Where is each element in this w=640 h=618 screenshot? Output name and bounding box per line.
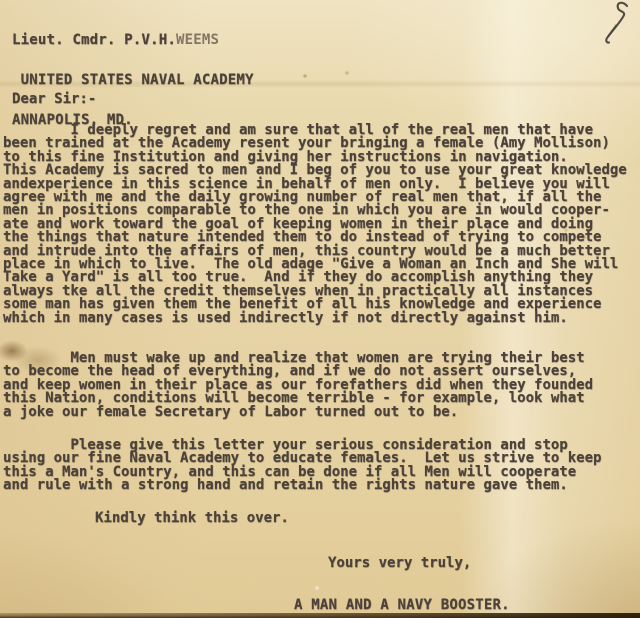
- paragraph-2: Men must wake up and realize that women …: [3, 352, 593, 419]
- recipient-name-line: Lieut. Cmdr. P.V.H.WEEMS: [12, 34, 254, 47]
- recipient-surname: WEEMS: [176, 32, 219, 48]
- handwritten-mark-icon: [580, 0, 640, 60]
- scan-edge-shadow: [0, 613, 640, 618]
- letter-page: Lieut. Cmdr. P.V.H.WEEMS UNITED STATES N…: [0, 0, 640, 618]
- paragraph-1: I deeply regret and am sure that all of …: [3, 124, 627, 325]
- valediction: Yours very truly,: [328, 557, 471, 570]
- closing-line: Kindly think this over.: [95, 512, 289, 525]
- recipient-name: Lieut. Cmdr. P.V.H.: [12, 32, 176, 48]
- recipient-institution: UNITED STATES NAVAL ACADEMY: [12, 74, 254, 87]
- salutation: Dear Sir:-: [12, 93, 96, 106]
- paragraph-3: Please give this letter your serious con…: [3, 439, 601, 493]
- signature: A MAN AND A NAVY BOOSTER.: [294, 599, 510, 612]
